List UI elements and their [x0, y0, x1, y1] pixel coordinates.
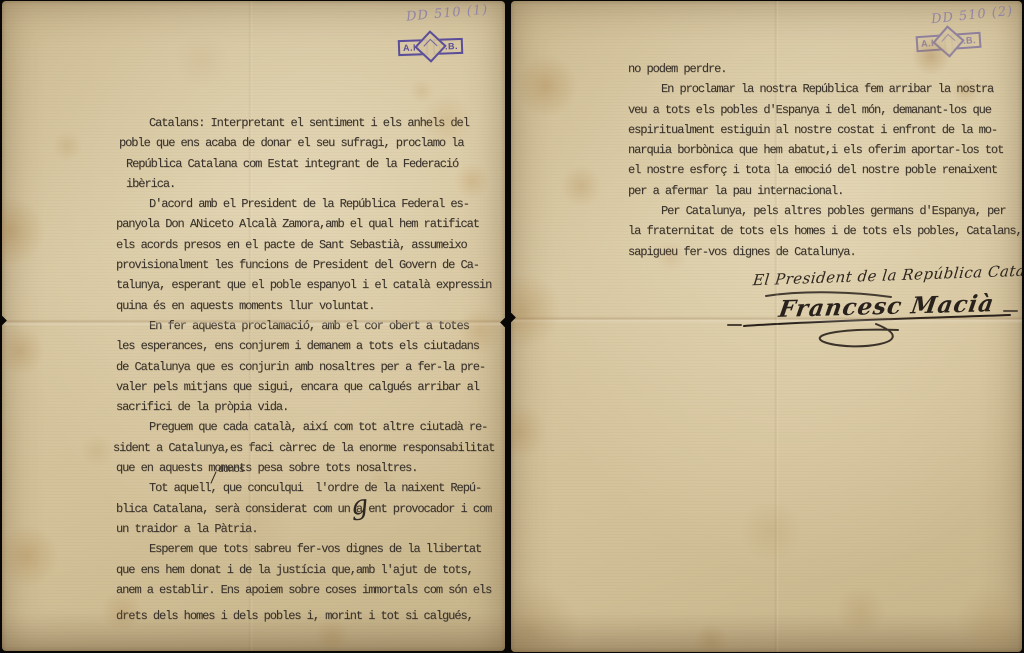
page-2: DD 510 (2) A.H. C.B. no podem perdre. En… [511, 1, 1022, 652]
typed-line: anem a establir. Ens apoiem sobre coses … [116, 580, 502, 600]
typed-line: valer pels mitjans que sigui, encara que… [116, 377, 502, 397]
typed-line: per a afermar la pau internacional. [628, 181, 1022, 201]
typed-line: poble que ens acaba de donar el seu sufr… [119, 133, 502, 153]
document-scan: DD 510 (1) A.H. C.B. Catalans: Interpret… [0, 0, 1024, 653]
handwritten-correction-g: g [349, 489, 369, 522]
typed-line: D'acord amb el President de la República… [116, 194, 502, 214]
typed-line: narquia borbònica que hem abatut,i els o… [628, 140, 1022, 160]
typed-line: no podem perdre. [628, 59, 1022, 79]
typed-line: Catalans: Interpretant el sentiment i el… [116, 113, 502, 133]
typed-line: Tot aquell, que conculqui l'ordre de la … [116, 478, 502, 498]
stamp-diamond-emblem [414, 30, 447, 63]
page-1: DD 510 (1) A.H. C.B. Catalans: Interpret… [2, 1, 505, 651]
typed-insertion-doncs: doncs [218, 465, 244, 476]
typed-line: un traidor a la Pàtria. [116, 519, 502, 539]
typed-line: espiritualment estiguin al nostre costat… [628, 120, 1022, 140]
stamp-emblem-mark [423, 39, 437, 53]
typed-line: Per Catalunya, pels altres pobles german… [628, 201, 1022, 221]
archive-reference-pencil: DD 510 (1) [406, 2, 489, 24]
typed-line: Esperem que tots sabreu fer-vos dignes d… [116, 539, 502, 559]
typed-line: panyola Don ANiceto Alcalà Zamora,amb el… [116, 214, 502, 234]
fold-crease-horizontal [2, 319, 505, 326]
typed-line: que en aquests moments pesa sobre tots n… [116, 458, 502, 478]
fold-crease-horizontal [511, 316, 1022, 323]
typed-line: veu a tots els pobles d'Espanya i del mó… [628, 100, 1022, 120]
typed-line: blica Catalana, serà considerat com un a… [116, 499, 502, 519]
typed-line: Preguem que cada català, així com tot al… [116, 417, 502, 437]
fold-crease-vertical [774, 1, 779, 652]
typed-line: provisionalment les funcions de Presiden… [116, 255, 502, 275]
typed-line: els acords presos en el pacte de Sant Se… [116, 235, 502, 255]
typed-line: En proclamar la nostra República fem arr… [628, 79, 1022, 99]
typed-text-page-2: no podem perdre. En proclamar la nostra … [628, 59, 1022, 262]
stamp-emblem-mark [941, 34, 955, 48]
typed-line: ibèrica. [126, 174, 502, 194]
typed-line: les esperances, ens conjurem i demanem a… [116, 336, 502, 356]
typed-line: que ens hem donat i de la justícia que,a… [116, 560, 502, 580]
archive-stamp: A.H. C.B. [398, 34, 464, 59]
archive-reference-pencil: DD 510 (2) [930, 4, 1013, 28]
typed-line: sapigueu fer-vos dignes de Catalunya. [628, 242, 1022, 262]
typed-line: talunya, esperant que el poble espanyol … [116, 275, 502, 295]
typed-line: la fraternitat de tots els homes i de to… [628, 221, 1022, 241]
archive-stamp: A.H. C.B. [915, 28, 981, 55]
typed-line: sacrifici de la pròpia vida. [116, 397, 502, 417]
typed-line: el nostre esforç i tota la emoció del no… [628, 160, 1022, 180]
typed-line: República Catalana com Estat integrant d… [126, 154, 502, 174]
stamp-diamond-emblem [932, 25, 964, 57]
typed-line: quina és en aquests moments llur volunta… [116, 296, 502, 316]
typed-text-page-1: Catalans: Interpretant el sentiment i el… [116, 113, 502, 626]
typed-line: drets dels homes i dels pobles i, morint… [116, 606, 502, 626]
fold-crease-vertical [248, 1, 253, 651]
typed-line: de Catalunya que es conjurin amb nosaltr… [116, 357, 502, 377]
typed-line: sident a Catalunya,es faci càrrec de la … [113, 438, 502, 458]
